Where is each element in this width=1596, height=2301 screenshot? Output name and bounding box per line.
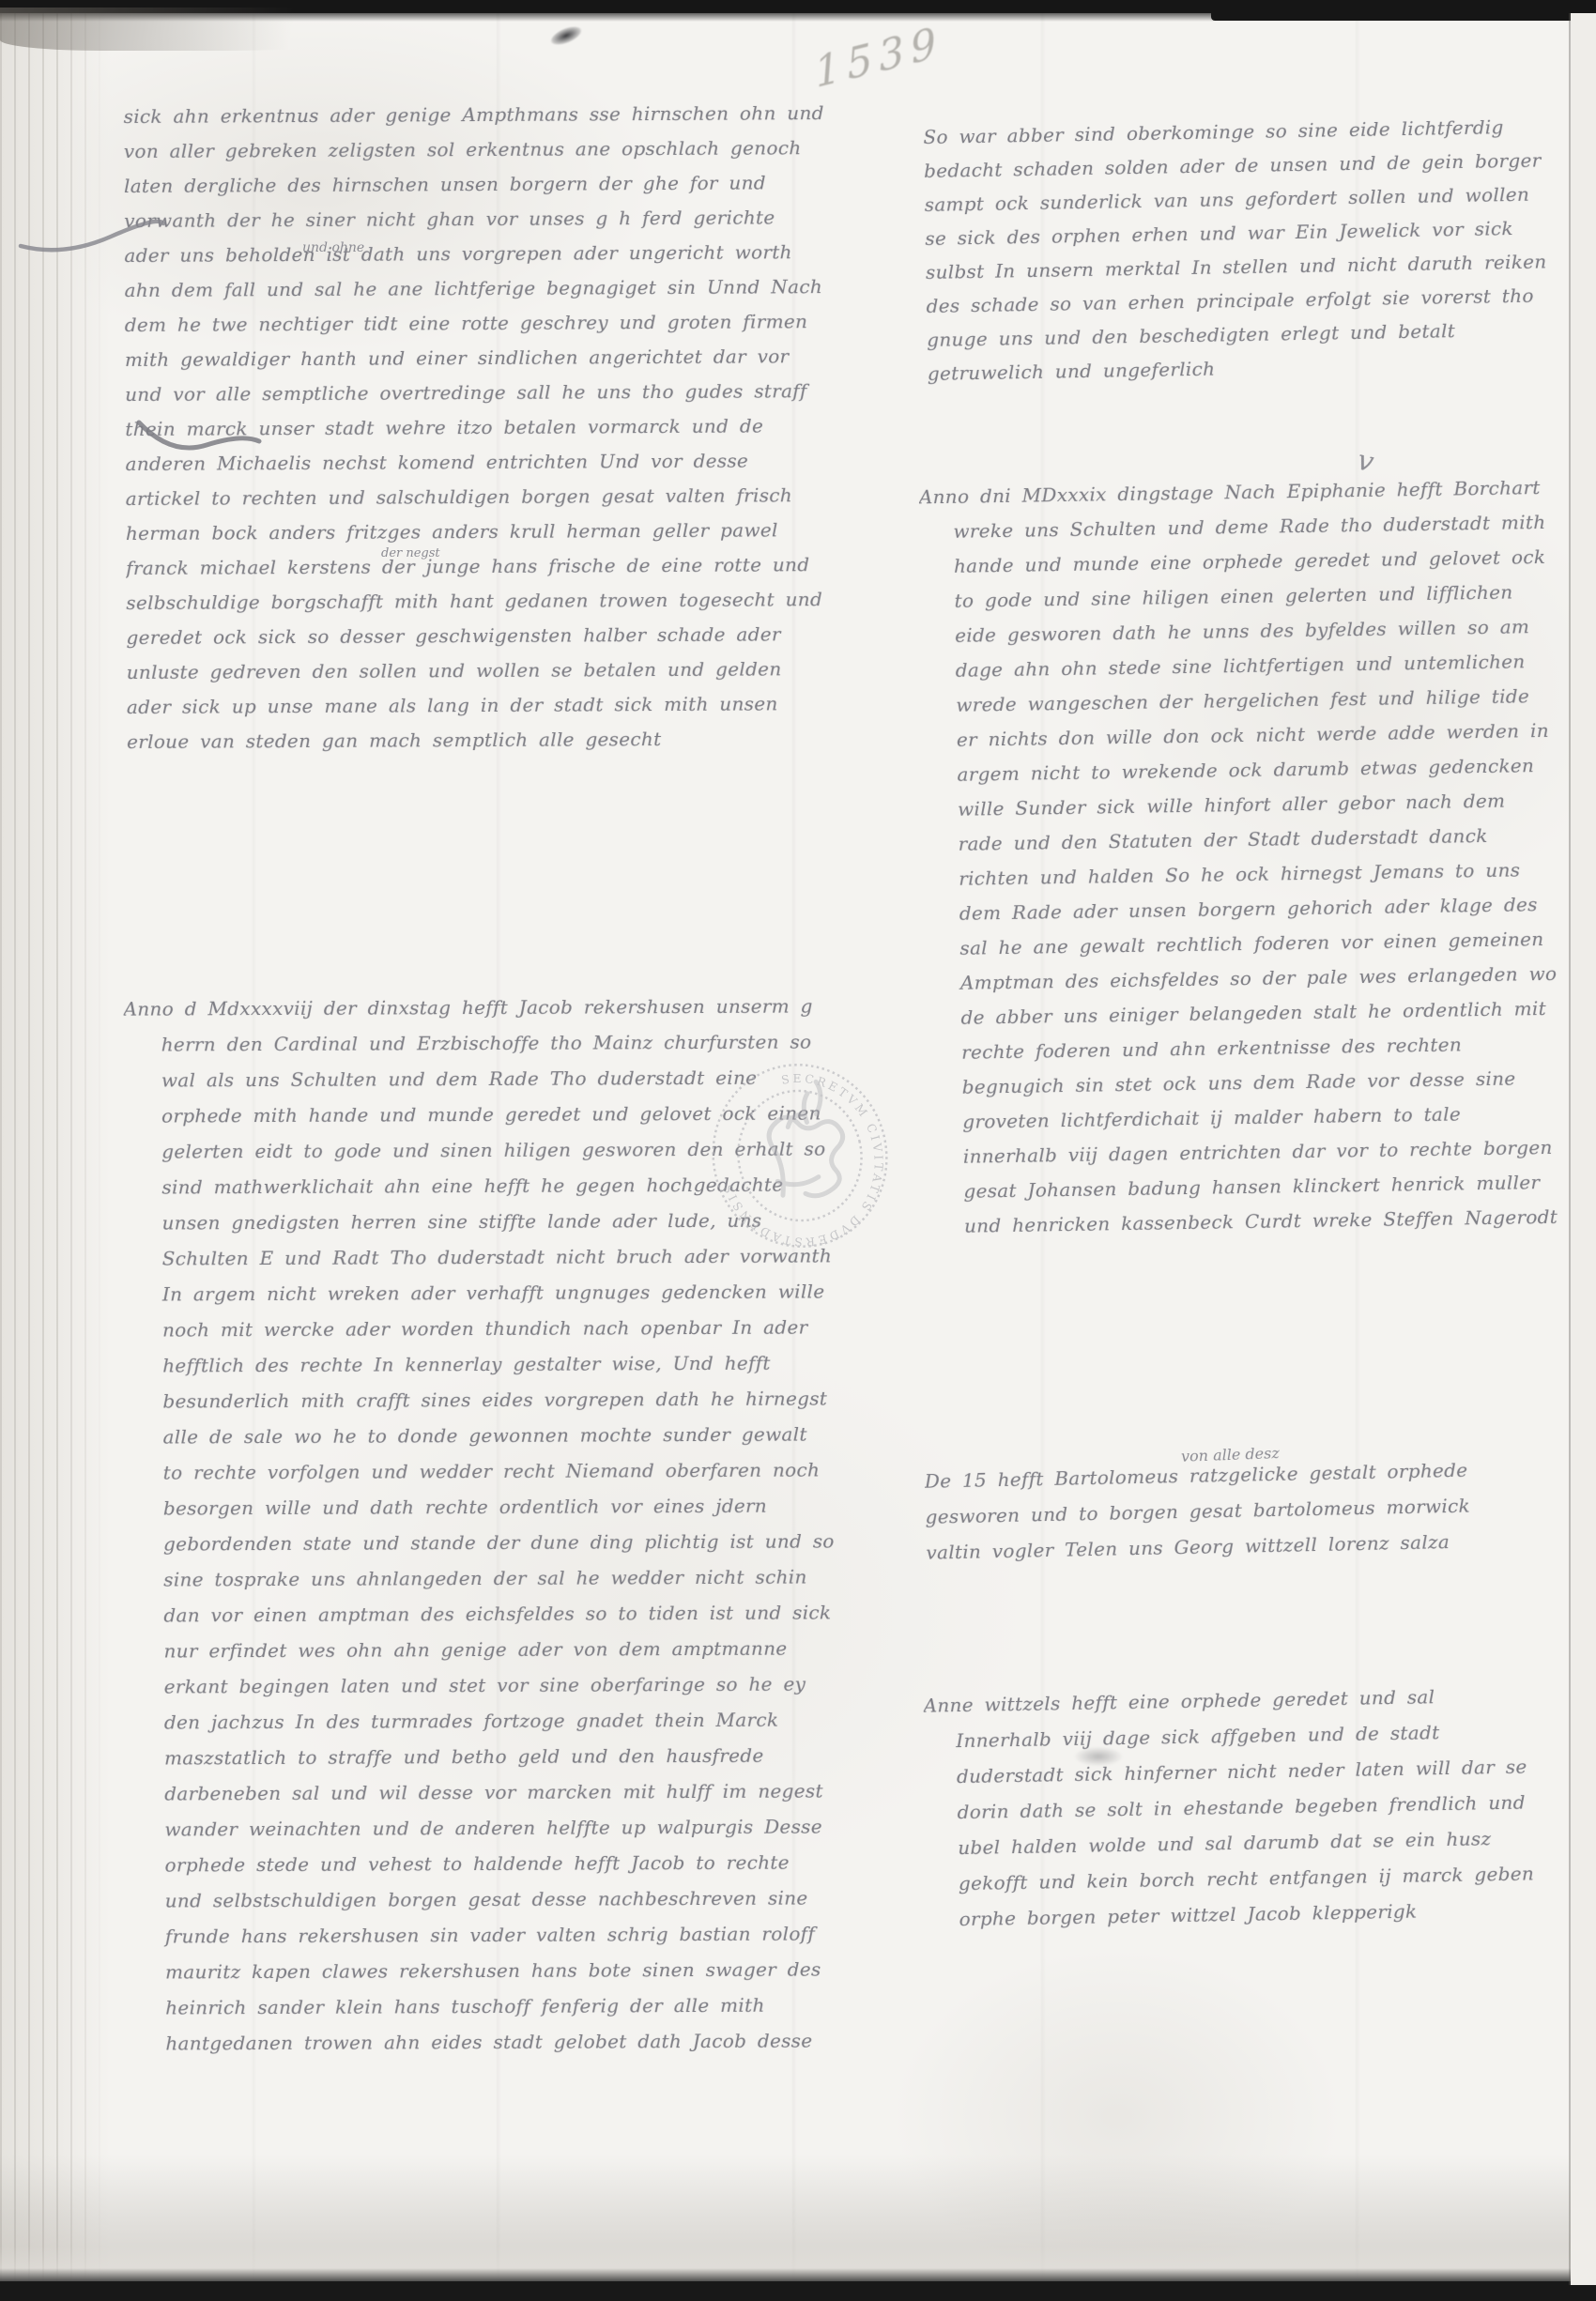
page-curl-bottom bbox=[0, 2155, 1596, 2286]
scan-edge-top-right bbox=[1211, 0, 1596, 21]
interlinear-note: von alle desz bbox=[1181, 1444, 1280, 1465]
pencil-folio-number: 1539 bbox=[812, 18, 944, 98]
page-edge-streak-lines bbox=[0, 0, 111, 2301]
interlinear-note: der negst bbox=[381, 546, 440, 560]
page-edge-right bbox=[1571, 13, 1596, 2285]
interlinear-note: und ohne bbox=[302, 240, 364, 255]
manuscript-paragraph-right-4: Anne wittzels hefft eine orphede geredet… bbox=[923, 1677, 1538, 1982]
manuscript-paragraph-right-2: Anno dni MDxxxix dingstage Nach Epiphani… bbox=[919, 470, 1568, 1374]
ink-blot bbox=[547, 23, 584, 49]
manuscript-paragraph-right-3: De 15 hefft Bartolomeus ratzgelicke gest… bbox=[924, 1450, 1527, 1611]
manuscript-page-scan: 1539 sick ahn erkentnus ader genige Ampt… bbox=[0, 0, 1596, 2301]
manuscript-paragraph-right-1: So war abber sind oberkominge so sine ei… bbox=[923, 109, 1563, 432]
scan-edge-bottom bbox=[0, 2281, 1596, 2301]
page-corner-shadow-top-left bbox=[0, 8, 404, 51]
manuscript-paragraph-left-1: sick ahn erkentnus ader genige Ampthmans… bbox=[124, 96, 835, 986]
seal-legend-text: SECRETVM CIVITATIS DVDERSTADENSIS bbox=[698, 1054, 904, 1266]
book-binding-edge-left bbox=[0, 0, 111, 2301]
